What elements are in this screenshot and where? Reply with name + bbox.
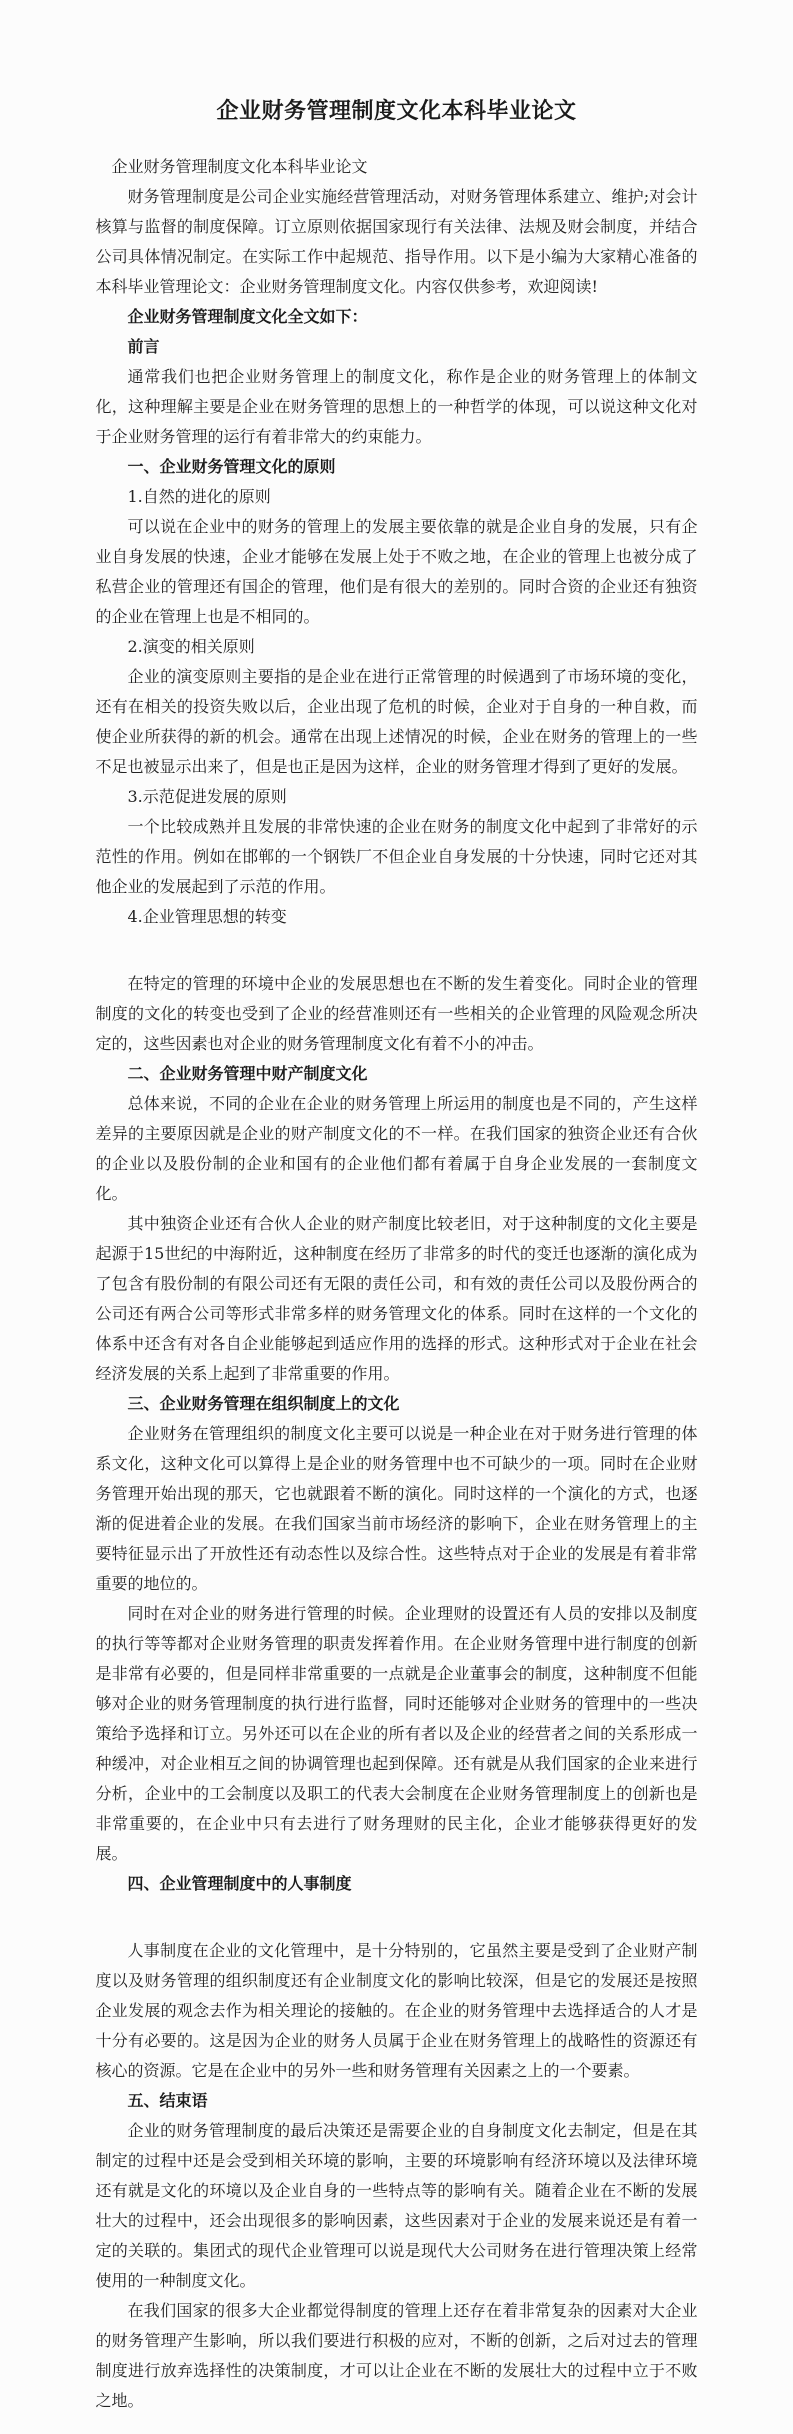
blank-line	[96, 932, 698, 969]
paragraph: 一个比较成熟并且发展的非常快速的企业在财务的制度文化中起到了非常好的示范性的作用…	[96, 812, 698, 902]
paragraph: 财务管理制度是公司企业实施经营管理活动，对财务管理体系建立、维护;对会计核算与监…	[96, 182, 698, 302]
paragraph: 企业的演变原则主要指的是企业在进行正常管理的时候遇到了市场环境的变化，还有在相关…	[96, 662, 698, 782]
sub-heading: 4.企业管理思想的转变	[96, 902, 698, 932]
paragraph: 在我们国家的很多大企业都觉得制度的管理上还存在着非常复杂的因素对大企业的财务管理…	[96, 2296, 698, 2416]
paragraph: 通常我们也把企业财务管理上的制度文化，称作是企业的财务管理上的体制文化，这种理解…	[96, 362, 698, 452]
paragraph: 企业财务在管理组织的制度文化主要可以说是一种企业在对于财务进行管理的体系文化，这…	[96, 1419, 698, 1599]
paragraph: 同时在对企业的财务进行管理的时候。企业理财的设置还有人员的安排以及制度的执行等等…	[96, 1599, 698, 1869]
paragraph: 其中独资企业还有合伙人企业的财产制度比较老旧，对于这种制度的文化主要是起源于15…	[96, 1209, 698, 1389]
paragraph: 可以说在企业中的财务的管理上的发展主要依靠的就是企业自身的发展，只有企业自身发展…	[96, 512, 698, 632]
section-heading: 四、企业管理制度中的人事制度	[96, 1869, 698, 1899]
section-heading: 一、企业财务管理文化的原则	[96, 452, 698, 482]
document-title: 企业财务管理制度文化本科毕业论文	[96, 98, 698, 124]
blank-line	[96, 1899, 698, 1936]
section-heading: 二、企业财务管理中财产制度文化	[96, 1059, 698, 1089]
paragraph: 总体来说，不同的企业在企业的财务管理上所运用的制度也是不同的，产生这样差异的主要…	[96, 1089, 698, 1209]
sub-heading: 1.自然的进化的原则	[96, 482, 698, 512]
paragraph: 企业的财务管理制度的最后决策还是需要企业的自身制度文化去制定，但是在其制定的过程…	[96, 2116, 698, 2296]
section-heading: 五、结束语	[96, 2086, 698, 2116]
paragraph: 人事制度在企业的文化管理中，是十分特别的，它虽然主要是受到了企业财产制度以及财务…	[96, 1936, 698, 2086]
bold-line: 企业财务管理制度文化全文如下：	[96, 302, 698, 332]
sub-heading: 2.演变的相关原则	[96, 632, 698, 662]
document-body: 企业财务管理制度文化本科毕业论文财务管理制度是公司企业实施经营管理活动，对财务管…	[96, 152, 698, 2416]
sub-heading: 3.示范促进发展的原则	[96, 782, 698, 812]
intro-line: 企业财务管理制度文化本科毕业论文	[96, 152, 698, 182]
paragraph: 在特定的管理的环境中企业的发展思想也在不断的发生着变化。同时企业的管理制度的文化…	[96, 969, 698, 1059]
section-heading: 三、企业财务管理在组织制度上的文化	[96, 1389, 698, 1419]
document-page: 企业财务管理制度文化本科毕业论文 企业财务管理制度文化本科毕业论文财务管理制度是…	[0, 0, 793, 2434]
bold-line: 前言	[96, 332, 698, 362]
